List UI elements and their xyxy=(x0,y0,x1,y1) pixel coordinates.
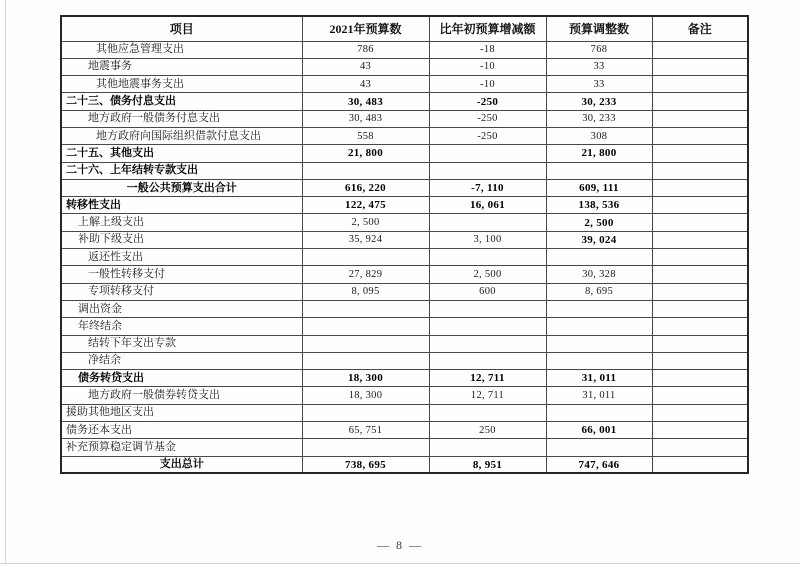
budget-2021-cell: 27, 829 xyxy=(302,266,429,283)
adjusted-cell xyxy=(546,162,652,179)
remark-cell xyxy=(652,214,748,231)
remark-cell xyxy=(652,335,748,352)
budget-2021-cell xyxy=(302,352,429,369)
budget-2021-cell: 35, 924 xyxy=(302,231,429,248)
remark-cell xyxy=(652,179,748,196)
budget-2021-cell: 738, 695 xyxy=(302,456,429,473)
adjusted-cell: 31, 011 xyxy=(546,370,652,387)
table-row: 补助下级支出35, 9243, 10039, 024 xyxy=(61,231,748,248)
table-row: 净结余 xyxy=(61,352,748,369)
remark-cell xyxy=(652,456,748,473)
table-row: 地方政府向国际组织借款付息支出558-250308 xyxy=(61,127,748,144)
change-cell xyxy=(429,145,546,162)
table-row: 一般公共预算支出合计616, 220-7, 110609, 111 xyxy=(61,179,748,196)
table-header-row: 项目 2021年预算数 比年初预算增减额 预算调整数 备注 xyxy=(61,16,748,41)
change-cell xyxy=(429,318,546,335)
budget-2021-cell xyxy=(302,404,429,421)
budget-2021-cell: 21, 800 xyxy=(302,145,429,162)
item-cell: 地方政府一般债务付息支出 xyxy=(61,110,302,127)
remark-cell xyxy=(652,93,748,110)
remark-cell xyxy=(652,266,748,283)
remark-cell xyxy=(652,352,748,369)
remark-cell xyxy=(652,76,748,93)
budget-2021-cell xyxy=(302,300,429,317)
budget-2021-cell: 30, 483 xyxy=(302,93,429,110)
table-row: 上解上级支出2, 5002, 500 xyxy=(61,214,748,231)
change-cell xyxy=(429,352,546,369)
adjusted-cell: 30, 328 xyxy=(546,266,652,283)
item-cell: 地方政府向国际组织借款付息支出 xyxy=(61,127,302,144)
table-row: 二十五、其他支出21, 80021, 800 xyxy=(61,145,748,162)
item-cell: 其他地震事务支出 xyxy=(61,76,302,93)
change-cell: 600 xyxy=(429,283,546,300)
change-cell: -250 xyxy=(429,127,546,144)
table-row: 二十六、上年结转专款支出 xyxy=(61,162,748,179)
table-row: 地震事务43-1033 xyxy=(61,58,748,75)
budget-2021-cell: 122, 475 xyxy=(302,197,429,214)
remark-cell xyxy=(652,231,748,248)
change-cell: 16, 061 xyxy=(429,197,546,214)
change-cell xyxy=(429,300,546,317)
budget-2021-cell: 43 xyxy=(302,76,429,93)
adjusted-cell: 609, 111 xyxy=(546,179,652,196)
column-header-item: 项目 xyxy=(61,16,302,41)
remark-cell xyxy=(652,58,748,75)
adjusted-cell: 138, 536 xyxy=(546,197,652,214)
adjusted-cell: 33 xyxy=(546,76,652,93)
remark-cell xyxy=(652,370,748,387)
budget-2021-cell: 558 xyxy=(302,127,429,144)
column-header-remark: 备注 xyxy=(652,16,748,41)
adjusted-cell: 308 xyxy=(546,127,652,144)
item-cell: 返还性支出 xyxy=(61,249,302,266)
adjusted-cell xyxy=(546,352,652,369)
table-row: 专项转移支付8, 0956008, 695 xyxy=(61,283,748,300)
adjusted-cell: 768 xyxy=(546,41,652,58)
column-header-change: 比年初预算增减额 xyxy=(429,16,546,41)
budget-2021-cell xyxy=(302,318,429,335)
change-cell xyxy=(429,214,546,231)
table-body: 其他应急管理支出786-18768地震事务43-1033其他地震事务支出43-1… xyxy=(61,41,748,473)
change-cell: 12, 711 xyxy=(429,370,546,387)
table-row: 援助其他地区支出 xyxy=(61,404,748,421)
change-cell xyxy=(429,439,546,456)
item-cell: 支出总计 xyxy=(61,456,302,473)
table-row: 补充预算稳定调节基金 xyxy=(61,439,748,456)
budget-2021-cell: 18, 300 xyxy=(302,370,429,387)
remark-cell xyxy=(652,249,748,266)
budget-2021-cell xyxy=(302,439,429,456)
table-row: 支出总计738, 6958, 951747, 646 xyxy=(61,456,748,473)
remark-cell xyxy=(652,127,748,144)
column-header-adjusted: 预算调整数 xyxy=(546,16,652,41)
item-cell: 二十五、其他支出 xyxy=(61,145,302,162)
page-number: — 8 — xyxy=(0,538,800,553)
page-bottom-edge xyxy=(0,563,800,564)
item-cell: 其他应急管理支出 xyxy=(61,41,302,58)
remark-cell xyxy=(652,300,748,317)
remark-cell xyxy=(652,41,748,58)
adjusted-cell xyxy=(546,318,652,335)
table-row: 其他应急管理支出786-18768 xyxy=(61,41,748,58)
table-row: 债务还本支出65, 75125066, 001 xyxy=(61,422,748,439)
table-row: 地方政府一般债券转贷支出18, 30012, 71131, 011 xyxy=(61,387,748,404)
adjusted-cell: 2, 500 xyxy=(546,214,652,231)
budget-2021-cell xyxy=(302,249,429,266)
item-cell: 专项转移支付 xyxy=(61,283,302,300)
table-row: 二十三、债务付息支出30, 483-25030, 233 xyxy=(61,93,748,110)
column-header-budget-2021: 2021年预算数 xyxy=(302,16,429,41)
change-cell xyxy=(429,249,546,266)
table-row: 转移性支出122, 47516, 061138, 536 xyxy=(61,197,748,214)
remark-cell xyxy=(652,387,748,404)
item-cell: 二十三、债务付息支出 xyxy=(61,93,302,110)
change-cell: 12, 711 xyxy=(429,387,546,404)
budget-2021-cell xyxy=(302,162,429,179)
remark-cell xyxy=(652,145,748,162)
change-cell: -10 xyxy=(429,76,546,93)
table-row: 一般性转移支付27, 8292, 50030, 328 xyxy=(61,266,748,283)
change-cell: -250 xyxy=(429,110,546,127)
table-row: 结转下年支出专款 xyxy=(61,335,748,352)
item-cell: 年终结余 xyxy=(61,318,302,335)
table-row: 调出资金 xyxy=(61,300,748,317)
remark-cell xyxy=(652,439,748,456)
budget-2021-cell: 43 xyxy=(302,58,429,75)
item-cell: 净结余 xyxy=(61,352,302,369)
page-left-edge xyxy=(5,0,6,564)
change-cell xyxy=(429,404,546,421)
item-cell: 债务转贷支出 xyxy=(61,370,302,387)
remark-cell xyxy=(652,110,748,127)
change-cell: 8, 951 xyxy=(429,456,546,473)
change-cell: -250 xyxy=(429,93,546,110)
item-cell: 一般公共预算支出合计 xyxy=(61,179,302,196)
item-cell: 二十六、上年结转专款支出 xyxy=(61,162,302,179)
change-cell: -10 xyxy=(429,58,546,75)
item-cell: 地震事务 xyxy=(61,58,302,75)
table-row: 其他地震事务支出43-1033 xyxy=(61,76,748,93)
item-cell: 补助下级支出 xyxy=(61,231,302,248)
adjusted-cell: 747, 646 xyxy=(546,456,652,473)
change-cell xyxy=(429,335,546,352)
item-cell: 地方政府一般债券转贷支出 xyxy=(61,387,302,404)
budget-2021-cell xyxy=(302,335,429,352)
item-cell: 上解上级支出 xyxy=(61,214,302,231)
document-page: 项目 2021年预算数 比年初预算增减额 预算调整数 备注 其他应急管理支出78… xyxy=(0,0,800,567)
adjusted-cell: 33 xyxy=(546,58,652,75)
item-cell: 援助其他地区支出 xyxy=(61,404,302,421)
table-row: 地方政府一般债务付息支出30, 483-25030, 233 xyxy=(61,110,748,127)
remark-cell xyxy=(652,162,748,179)
budget-2021-cell: 65, 751 xyxy=(302,422,429,439)
item-cell: 结转下年支出专款 xyxy=(61,335,302,352)
adjusted-cell: 8, 695 xyxy=(546,283,652,300)
adjusted-cell: 39, 024 xyxy=(546,231,652,248)
adjusted-cell xyxy=(546,439,652,456)
budget-2021-cell: 30, 483 xyxy=(302,110,429,127)
change-cell: 250 xyxy=(429,422,546,439)
budget-2021-cell: 8, 095 xyxy=(302,283,429,300)
change-cell: -7, 110 xyxy=(429,179,546,196)
item-cell: 转移性支出 xyxy=(61,197,302,214)
adjusted-cell xyxy=(546,300,652,317)
table-row: 年终结余 xyxy=(61,318,748,335)
adjusted-cell xyxy=(546,335,652,352)
adjusted-cell: 21, 800 xyxy=(546,145,652,162)
adjusted-cell xyxy=(546,404,652,421)
change-cell xyxy=(429,162,546,179)
remark-cell xyxy=(652,422,748,439)
remark-cell xyxy=(652,197,748,214)
remark-cell xyxy=(652,318,748,335)
item-cell: 债务还本支出 xyxy=(61,422,302,439)
budget-2021-cell: 786 xyxy=(302,41,429,58)
remark-cell xyxy=(652,404,748,421)
adjusted-cell: 30, 233 xyxy=(546,110,652,127)
table-row: 返还性支出 xyxy=(61,249,748,266)
budget-2021-cell: 2, 500 xyxy=(302,214,429,231)
budget-2021-cell: 616, 220 xyxy=(302,179,429,196)
adjusted-cell: 30, 233 xyxy=(546,93,652,110)
remark-cell xyxy=(652,283,748,300)
budget-table: 项目 2021年预算数 比年初预算增减额 预算调整数 备注 其他应急管理支出78… xyxy=(60,15,749,474)
table-row: 债务转贷支出18, 30012, 71131, 011 xyxy=(61,370,748,387)
change-cell: -18 xyxy=(429,41,546,58)
item-cell: 补充预算稳定调节基金 xyxy=(61,439,302,456)
budget-2021-cell: 18, 300 xyxy=(302,387,429,404)
change-cell: 2, 500 xyxy=(429,266,546,283)
adjusted-cell: 31, 011 xyxy=(546,387,652,404)
adjusted-cell xyxy=(546,249,652,266)
item-cell: 调出资金 xyxy=(61,300,302,317)
change-cell: 3, 100 xyxy=(429,231,546,248)
adjusted-cell: 66, 001 xyxy=(546,422,652,439)
item-cell: 一般性转移支付 xyxy=(61,266,302,283)
